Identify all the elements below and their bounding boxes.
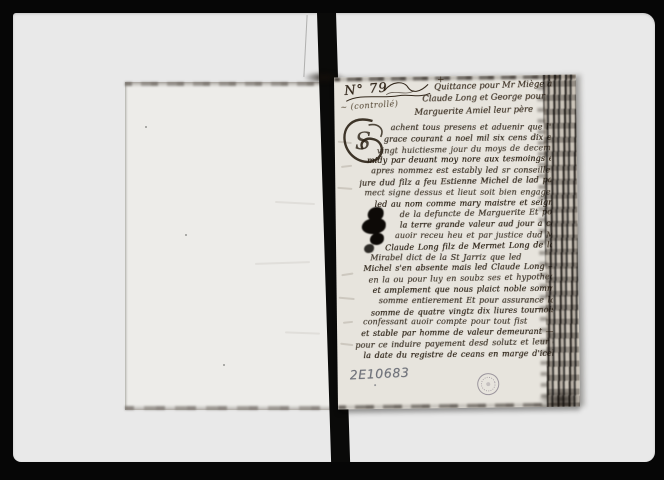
- paper-speck: [145, 126, 147, 128]
- ornate-initial: S: [338, 115, 391, 174]
- manuscript-page: N° 79 ~ (controllé) + Quittance pour Mr …: [334, 75, 580, 410]
- book-fore-edge: [543, 75, 580, 409]
- left-blank-page: [125, 82, 335, 410]
- paper-speck: [185, 234, 187, 236]
- bleed-mark: [340, 343, 353, 346]
- archive-reference-number: 2E10683: [349, 365, 409, 383]
- bleed-mark: [275, 201, 315, 205]
- bleed-mark: [337, 187, 352, 190]
- bleed-mark: [255, 261, 310, 265]
- manuscript-line: la date du registre de ceans en marge d'…: [363, 349, 553, 362]
- bleed-mark: [341, 272, 353, 276]
- paper-speck: [223, 364, 225, 366]
- bleed-mark: [343, 321, 353, 324]
- archive-stamp: [474, 370, 502, 398]
- bleed-mark: [285, 331, 320, 334]
- manuscript-scan: N° 79 ~ (controllé) + Quittance pour Mr …: [0, 0, 664, 480]
- ink-blot: [362, 207, 391, 255]
- bleed-mark: [339, 297, 355, 300]
- svg-text:S: S: [355, 127, 372, 155]
